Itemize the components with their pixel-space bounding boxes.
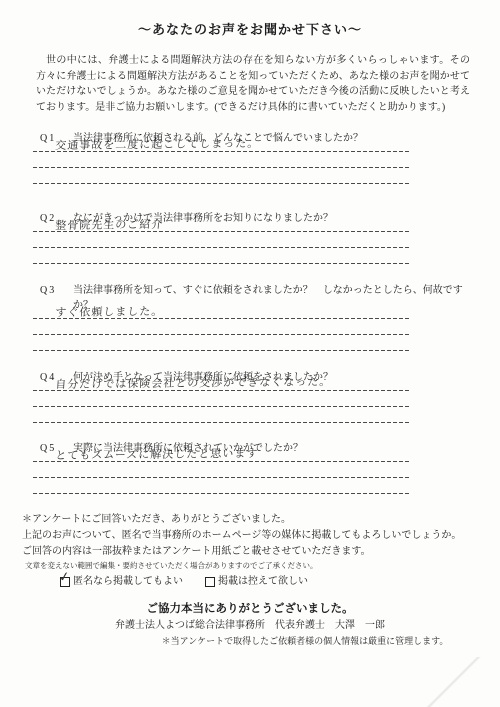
questionnaire-page: 〜あなたのお声をお聞かせ下さい〜 世の中には、弁護士による問題解決方法の存在を知… [0,0,500,707]
firm-signature: 弁護士法人よつば総合法律事務所 代表弁護士 大澤 一郎 [0,618,500,634]
question-block-q5: Q5 実際に当法律事務所に依頼されていかがでしたか？ とてもスムーズに解決したと… [33,441,470,496]
handwritten-answer: 自分だけでは保険会社との交渉ができなくなった。 [55,376,332,391]
question-block-q1: Q1 当法律事務所に依頼される前、どんなことで悩んでいましたか？ 交通事故を二度… [33,131,470,186]
checkbox-unchecked-icon [205,577,215,587]
question-block-q2: Q2 なにがきっかけで当法律事務所をお知りになりましたか？ 整骨院先生のご紹介 [33,211,470,266]
answer-line [33,464,410,480]
question-block-q3: Q3 当法律事務所を知って、すぐに依頼をされましたか？ しなかったとしたら、何故… [33,283,470,353]
answer-line [33,170,410,186]
checkbox-option-decline: 掲載は控えて欲しい [205,575,308,589]
checkbox-checked-icon [60,577,70,587]
answer-line [33,321,410,337]
answer-line [33,250,410,266]
answer-line [33,393,410,409]
checkbox-option-anonymous-ok: 匿名なら掲載してもよい [60,575,183,589]
answer-line: 整骨院先生のご紹介 [33,226,410,234]
permission-line-2: ご回答の内容は一部抜粋またはアンケート用紙ごと載せさせていただきます。 [22,544,470,560]
answer-line [33,154,410,170]
answer-line [33,337,410,353]
handwritten-answer: 交通事故を二度に起こしてしまった。 [55,138,260,152]
answer-line [33,409,410,425]
thanks-note: ＊アンケートにご回答いただき、ありがとうございました。 [22,512,470,528]
answer-line: とてもスムーズに解決したと思います [33,456,410,464]
answer-line: 自分だけでは保険会社との交渉ができなくなった。 [33,385,410,393]
scan-edge-artifact [410,657,500,707]
handwritten-answer: すぐ依頼しました。 [55,306,164,319]
checkbox-label: 匿名なら掲載してもよい [73,575,183,589]
answer-line [33,480,410,496]
publication-choice-row: 匿名なら掲載してもよい 掲載は控えて欲しい [60,575,500,589]
permission-fine-print: 文章を変えない範囲で編集・要約させていただく場合がありますのでご了承ください。 [25,560,470,571]
checkbox-label: 掲載は控えて欲しい [218,575,308,589]
intro-paragraph: 世の中には、弁護士による問題解決方法の存在を知らない方が多くいらっしゃいます。そ… [36,53,470,115]
handwritten-answer: とてもスムーズに解決したと思います [55,448,259,462]
closing-thanks: ご協力本当にありがとうございました。 [0,602,500,617]
footer-section: ＊アンケートにご回答いただき、ありがとうございました。 上記のお声について、匿名… [0,512,500,648]
permission-line-1: 上記のお声について、匿名で当事務所のホームページ等の媒体に掲載してもよろしいでし… [22,528,470,544]
question-block-q4: Q4 何が決め手となって当法律事務所に依頼をされましたか？ 自分だけでは保険会社… [33,370,470,425]
handwritten-answer: 整骨院先生のご紹介 [55,219,164,232]
answer-line [33,234,410,250]
privacy-note: ＊当アンケートで取得したご依頼者様の個人情報は厳重に管理します。 [120,634,490,648]
answer-line: すぐ依頼しました。 [33,313,410,321]
answer-line: 交通事故を二度に起こしてしまった。 [33,146,410,154]
page-title: 〜あなたのお声をお聞かせ下さい〜 [0,0,500,37]
